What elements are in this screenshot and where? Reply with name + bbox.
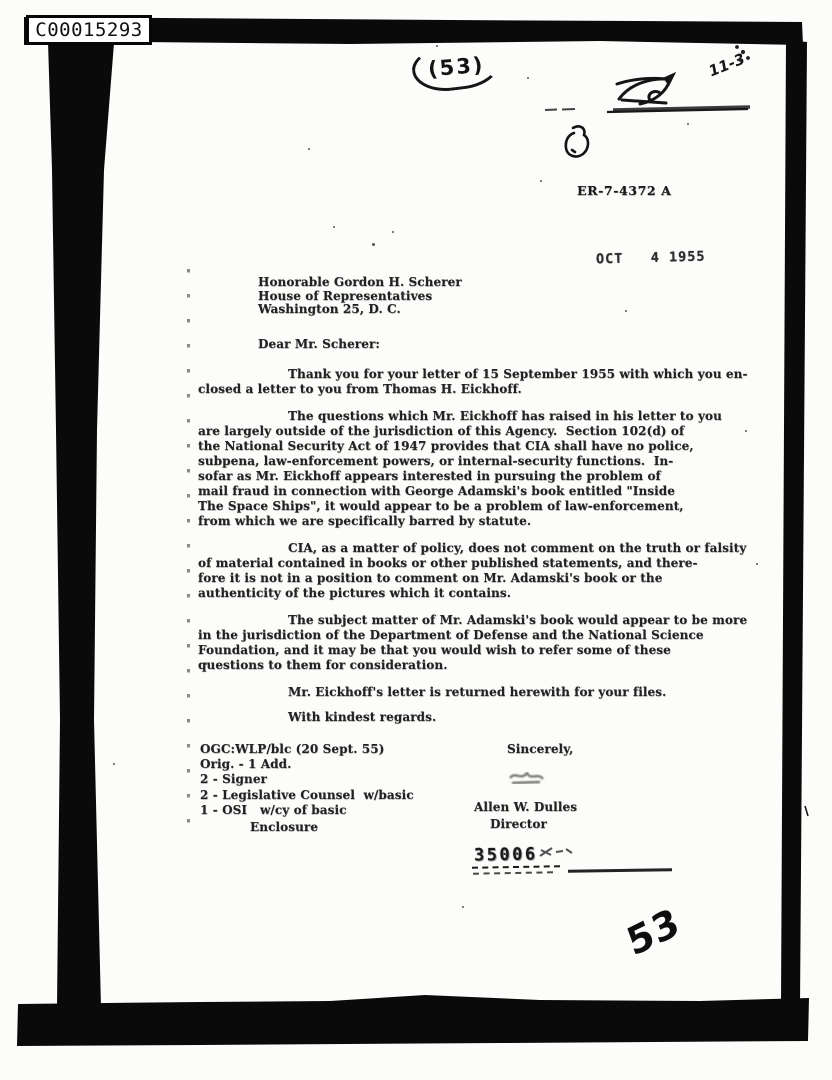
text-line: 1 - OSI w/cy of basic <box>200 803 414 818</box>
text-line: Orig. - 1 Add. <box>200 757 414 772</box>
signature-title: Director <box>490 817 547 831</box>
edge-scratch <box>805 806 808 816</box>
handwritten-page-number: 53 <box>621 899 685 965</box>
paragraph-2: The questions which Mr. Eickhoff has rai… <box>198 409 722 529</box>
text-line: in the jurisdiction of the Department of… <box>198 628 747 643</box>
text-line: of material contained in books or other … <box>198 556 746 571</box>
toner-speck <box>308 148 310 150</box>
stamp-overwrite-marks <box>540 848 572 856</box>
toner-speck <box>540 180 542 182</box>
toner-speck <box>436 45 438 47</box>
text-line: from which we are specifically barred by… <box>198 514 722 529</box>
paragraph-3: CIA, as a matter of policy, does not com… <box>198 541 746 601</box>
text-line: mail fraud in connection with George Ada… <box>198 484 722 499</box>
closing: Sincerely, <box>507 742 573 756</box>
salutation: Dear Mr. Scherer: <box>258 337 380 351</box>
text-line: questions to them for consideration. <box>198 658 747 673</box>
border-left-bar <box>48 42 114 1008</box>
stamp-dashed-underline-2 <box>473 871 553 874</box>
text-line: are largely outside of the jurisdiction … <box>198 424 722 439</box>
text-line: Foundation, and it may be that you would… <box>198 643 747 658</box>
border-bottom-bar <box>17 995 809 1046</box>
paragraph-1: Thank you for your letter of 15 Septembe… <box>198 367 748 397</box>
text-line: Honorable Gordon H. Scherer <box>258 276 462 290</box>
scanned-document-page: C00015293 (53) 11-3 <box>0 0 832 1080</box>
text-line: The subject matter of Mr. Adamski's book… <box>198 613 747 628</box>
distribution-list: OGC:WLP/blc (20 Sept. 55)Orig. - 1 Add.2… <box>200 742 414 818</box>
paragraph-4: The subject matter of Mr. Adamski's book… <box>198 613 747 673</box>
text-line: 2 - Signer <box>200 772 414 787</box>
circled-annotation: (53) <box>410 39 503 95</box>
paragraph-5: Mr. Eickhoff's letter is returned herewi… <box>198 685 666 700</box>
underline-thick <box>613 107 750 110</box>
enclosure-label: Enclosure <box>250 820 318 834</box>
border-right-bar <box>781 40 807 1006</box>
toner-speck <box>113 763 115 765</box>
text-line: CIA, as a matter of policy, does not com… <box>198 541 746 556</box>
toner-speck <box>372 243 375 246</box>
date-received-stamp: OCT 4 1955 <box>596 249 706 268</box>
doc-id-label: C00015293 <box>26 15 152 45</box>
text-line: authenticity of the pictures which it co… <box>198 586 746 601</box>
doc-id-text: C00015293 <box>35 19 142 41</box>
initials-scribble-mark <box>617 75 673 104</box>
toner-speck <box>687 123 689 125</box>
toner-speck <box>333 226 335 228</box>
text-line: closed a letter to you from Thomas H. Ei… <box>198 382 748 397</box>
text-line: 2 - Legislative Counsel w/basic <box>200 788 414 803</box>
text-line: Thank you for your letter of 15 Septembe… <box>198 367 748 382</box>
text-line: sofar as Mr. Eickhoff appears interested… <box>198 469 722 484</box>
text-line: House of Representatives <box>258 290 462 304</box>
circled-annotation-text: (53) <box>427 53 485 82</box>
short-dash-marks <box>545 109 575 110</box>
toner-speck <box>205 663 207 665</box>
paragraph-6: With kindest regards. <box>198 710 436 725</box>
recipient-address: Honorable Gordon H. SchererHouse of Repr… <box>258 276 462 317</box>
text-line: the National Security Act of 1947 provid… <box>198 439 722 454</box>
text-line: The questions which Mr. Eickhoff has rai… <box>198 409 722 424</box>
underline-thin <box>607 109 748 112</box>
text-line: subpena, law-enforcement powers, or inte… <box>198 454 722 469</box>
control-number-stamp: 35006 <box>474 844 538 865</box>
photocopy-border-artifacts <box>0 0 832 1080</box>
signature-smudge-area <box>506 766 550 788</box>
toner-speck <box>392 231 394 233</box>
toner-speck <box>745 430 747 432</box>
stamp-solid-line <box>568 868 672 872</box>
toner-speck <box>625 310 627 312</box>
margin-fold-dots <box>187 269 190 835</box>
toner-speck <box>756 563 758 565</box>
toner-speck <box>527 77 529 79</box>
text-line: Washington 25, D. C. <box>258 303 462 317</box>
stamp-dashed-underline <box>472 865 560 869</box>
text-line: With kindest regards. <box>198 710 436 725</box>
loop-doodle <box>566 126 588 156</box>
toner-speck <box>462 906 464 908</box>
text-line: The Space Ships", it would appear to be … <box>198 499 722 514</box>
handwritten-scribbles <box>0 0 832 1080</box>
signature-name: Allen W. Dulles <box>474 800 577 814</box>
reference-number: ER-7-4372 A <box>577 183 671 198</box>
handwritten-note-top-right: 11-3 <box>706 50 748 81</box>
text-line: fore it is not in a position to comment … <box>198 571 746 586</box>
text-line: Mr. Eickhoff's letter is returned herewi… <box>198 685 666 700</box>
text-line: OGC:WLP/blc (20 Sept. 55) <box>200 742 414 757</box>
